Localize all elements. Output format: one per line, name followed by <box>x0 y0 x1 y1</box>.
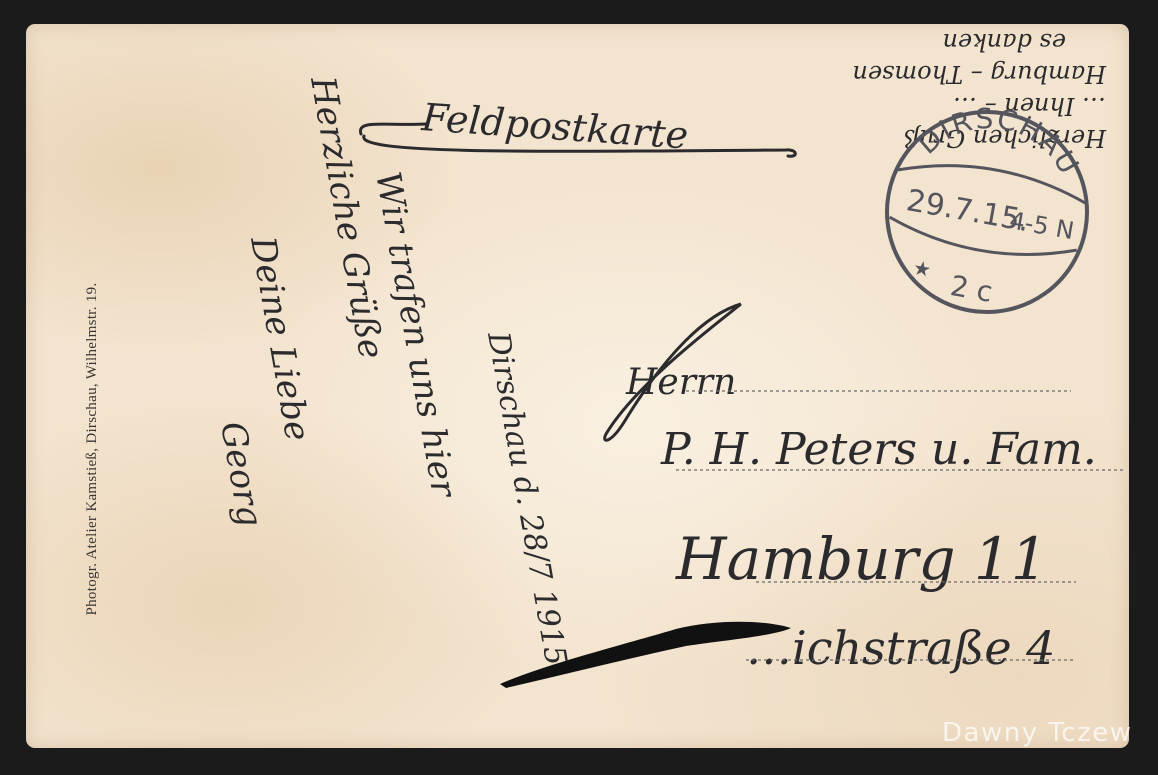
svg-text:es danken: es danken <box>943 28 1066 56</box>
address-block: Herrn P. H. Peters u. Fam. Hamburg 11 …i… <box>605 304 1126 675</box>
svg-text:P. H. Peters u. Fam.: P. H. Peters u. Fam. <box>660 424 1097 475</box>
svg-text:…ichstraße 4: …ichstraße 4 <box>746 621 1055 675</box>
svg-text:4-5 N: 4-5 N <box>1008 206 1077 245</box>
svg-text:Georg: Georg <box>212 419 270 530</box>
svg-text:Deine Liebe: Deine Liebe <box>242 233 317 444</box>
dateline: Dirschau d. 28/7 1915 <box>480 328 573 668</box>
postmark-stamp: DIRSCHAU 29.7.15. 4-5 N ★ 2 c <box>871 86 1105 328</box>
svg-text:Feldpostkarte: Feldpostkarte <box>419 95 689 158</box>
svg-text:Hamburg 11: Hamburg 11 <box>675 525 1048 593</box>
watermark: Dawny Tczew <box>942 718 1133 748</box>
left-message: Wir trafen uns hier Herzliche Grüße Dein… <box>212 73 464 530</box>
svg-text:Herrn: Herrn <box>625 362 736 403</box>
svg-text:★: ★ <box>911 255 933 282</box>
heading-feldpostkarte: Feldpostkarte <box>360 95 795 158</box>
handwriting-layer: Feldpostkarte es danken Hamburg – Thomse… <box>26 24 1129 748</box>
svg-text:Hamburg – Thomsen: Hamburg – Thomsen <box>852 60 1107 88</box>
svg-text:2 c: 2 c <box>948 269 995 309</box>
postcard: Photogr. Atelier Kamstieß, Dirschau, Wil… <box>26 24 1129 748</box>
